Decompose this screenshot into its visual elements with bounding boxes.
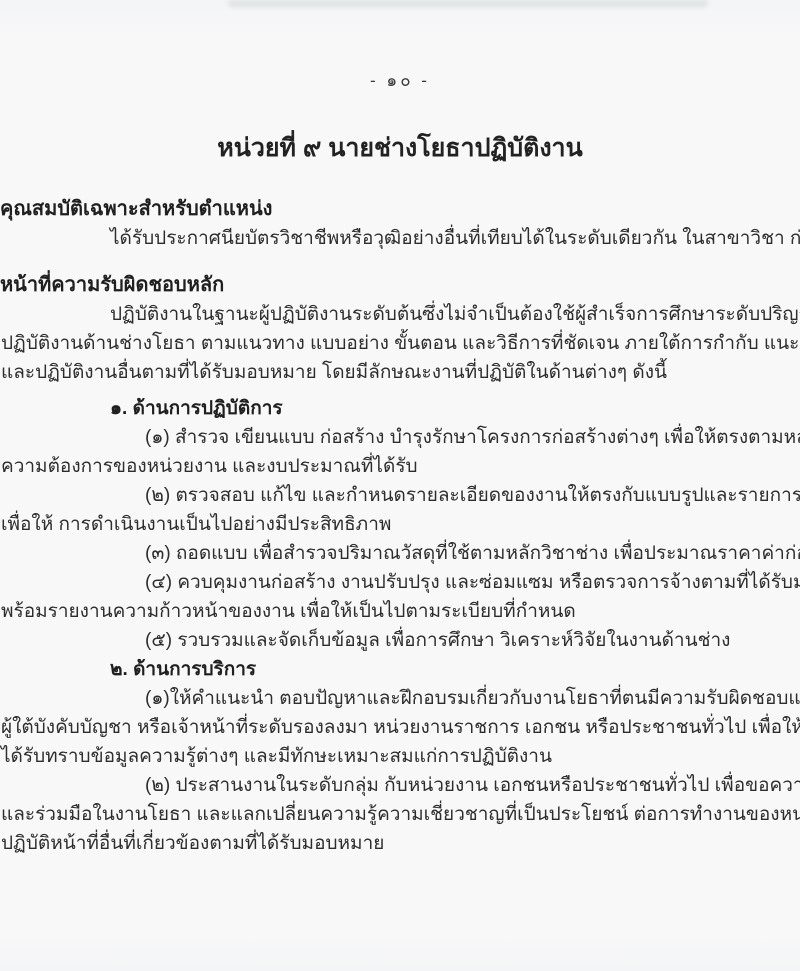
service-subheading: ๒. ด้านการบริการ [0,655,800,684]
operations-item-1-line: ความต้องการของหน่วยงาน และงบประมาณที่ได้… [0,452,800,481]
operations-item-5-line: (๕) รวบรวมและจัดเก็บข้อมูล เพื่อการศึกษา… [0,626,800,655]
operations-item-2-line: (๒) ตรวจสอบ แก้ไข และกำหนดรายละเอียดของง… [0,481,800,510]
document-content: - ๑๐ - หน่วยที่ ๙ นายช่างโยธาปฏิบัติงาน … [0,0,800,858]
operations-item-2-line: เพื่อให้ การดำเนินงานเป็นไปอย่างมีประสิท… [0,510,800,539]
page-number: - ๑๐ - [0,70,800,92]
service-item-1-line: ผู้ใต้บังคับบัญชา หรือเจ้าหน้าที่ระดับรอ… [0,713,800,742]
service-item-1-line: (๑)ให้คำแนะนำ ตอบปัญหาและฝึกอบรมเกี่ยวกั… [0,684,800,713]
service-item-1-line: ได้รับทราบข้อมูลความรู้ต่างๆ และมีทักษะเ… [0,742,800,771]
service-item-2-line: และร่วมมือในงานโยธา และแลกเปลี่ยนความรู้… [0,800,800,829]
page-title: หน่วยที่ ๙ นายช่างโยธาปฏิบัติงาน [0,128,800,168]
service-item-2-line: ปฏิบัติหน้าที่อื่นที่เกี่ยวข้องตามที่ได้… [0,829,800,858]
responsibilities-intro-line: ปฏิบัติงานในฐานะผู้ปฏิบัติงานระดับต้นซึ่… [0,300,800,329]
qualifications-heading: คุณสมบัติเฉพาะสำหรับตำแหน่ง [0,195,800,224]
responsibilities-intro-line: และปฏิบัติงานอื่นตามที่ได้รับมอบหมาย โดย… [0,358,800,387]
qualifications-body: ได้รับประกาศนียบัตรวิชาชีพหรือวุฒิอย่างอ… [0,224,800,253]
operations-item-1-line: (๑) สำรวจ เขียนแบบ ก่อสร้าง บำรุงรักษาโค… [0,423,800,452]
operations-item-4-line: พร้อมรายงานความก้าวหน้าของงาน เพื่อให้เป… [0,597,800,626]
operations-subheading: ๑. ด้านการปฏิบัติการ [0,394,800,423]
responsibilities-heading: หน้าที่ความรับผิดชอบหลัก [0,271,800,300]
responsibilities-intro-line: ปฏิบัติงานด้านช่างโยธา ตามแนวทาง แบบอย่า… [0,329,800,358]
operations-item-4-line: (๔) ควบคุมงานก่อสร้าง งานปรับปรุง และซ่อ… [0,568,800,597]
service-item-2-line: (๒) ประสานงานในระดับกลุ่ม กับหน่วยงาน เอ… [0,771,800,800]
operations-item-3-line: (๓) ถอดแบบ เพื่อสำรวจปริมาณวัสดุที่ใช้ตา… [0,539,800,568]
scanned-document-page: - ๑๐ - หน่วยที่ ๙ นายช่างโยธาปฏิบัติงาน … [0,0,800,971]
